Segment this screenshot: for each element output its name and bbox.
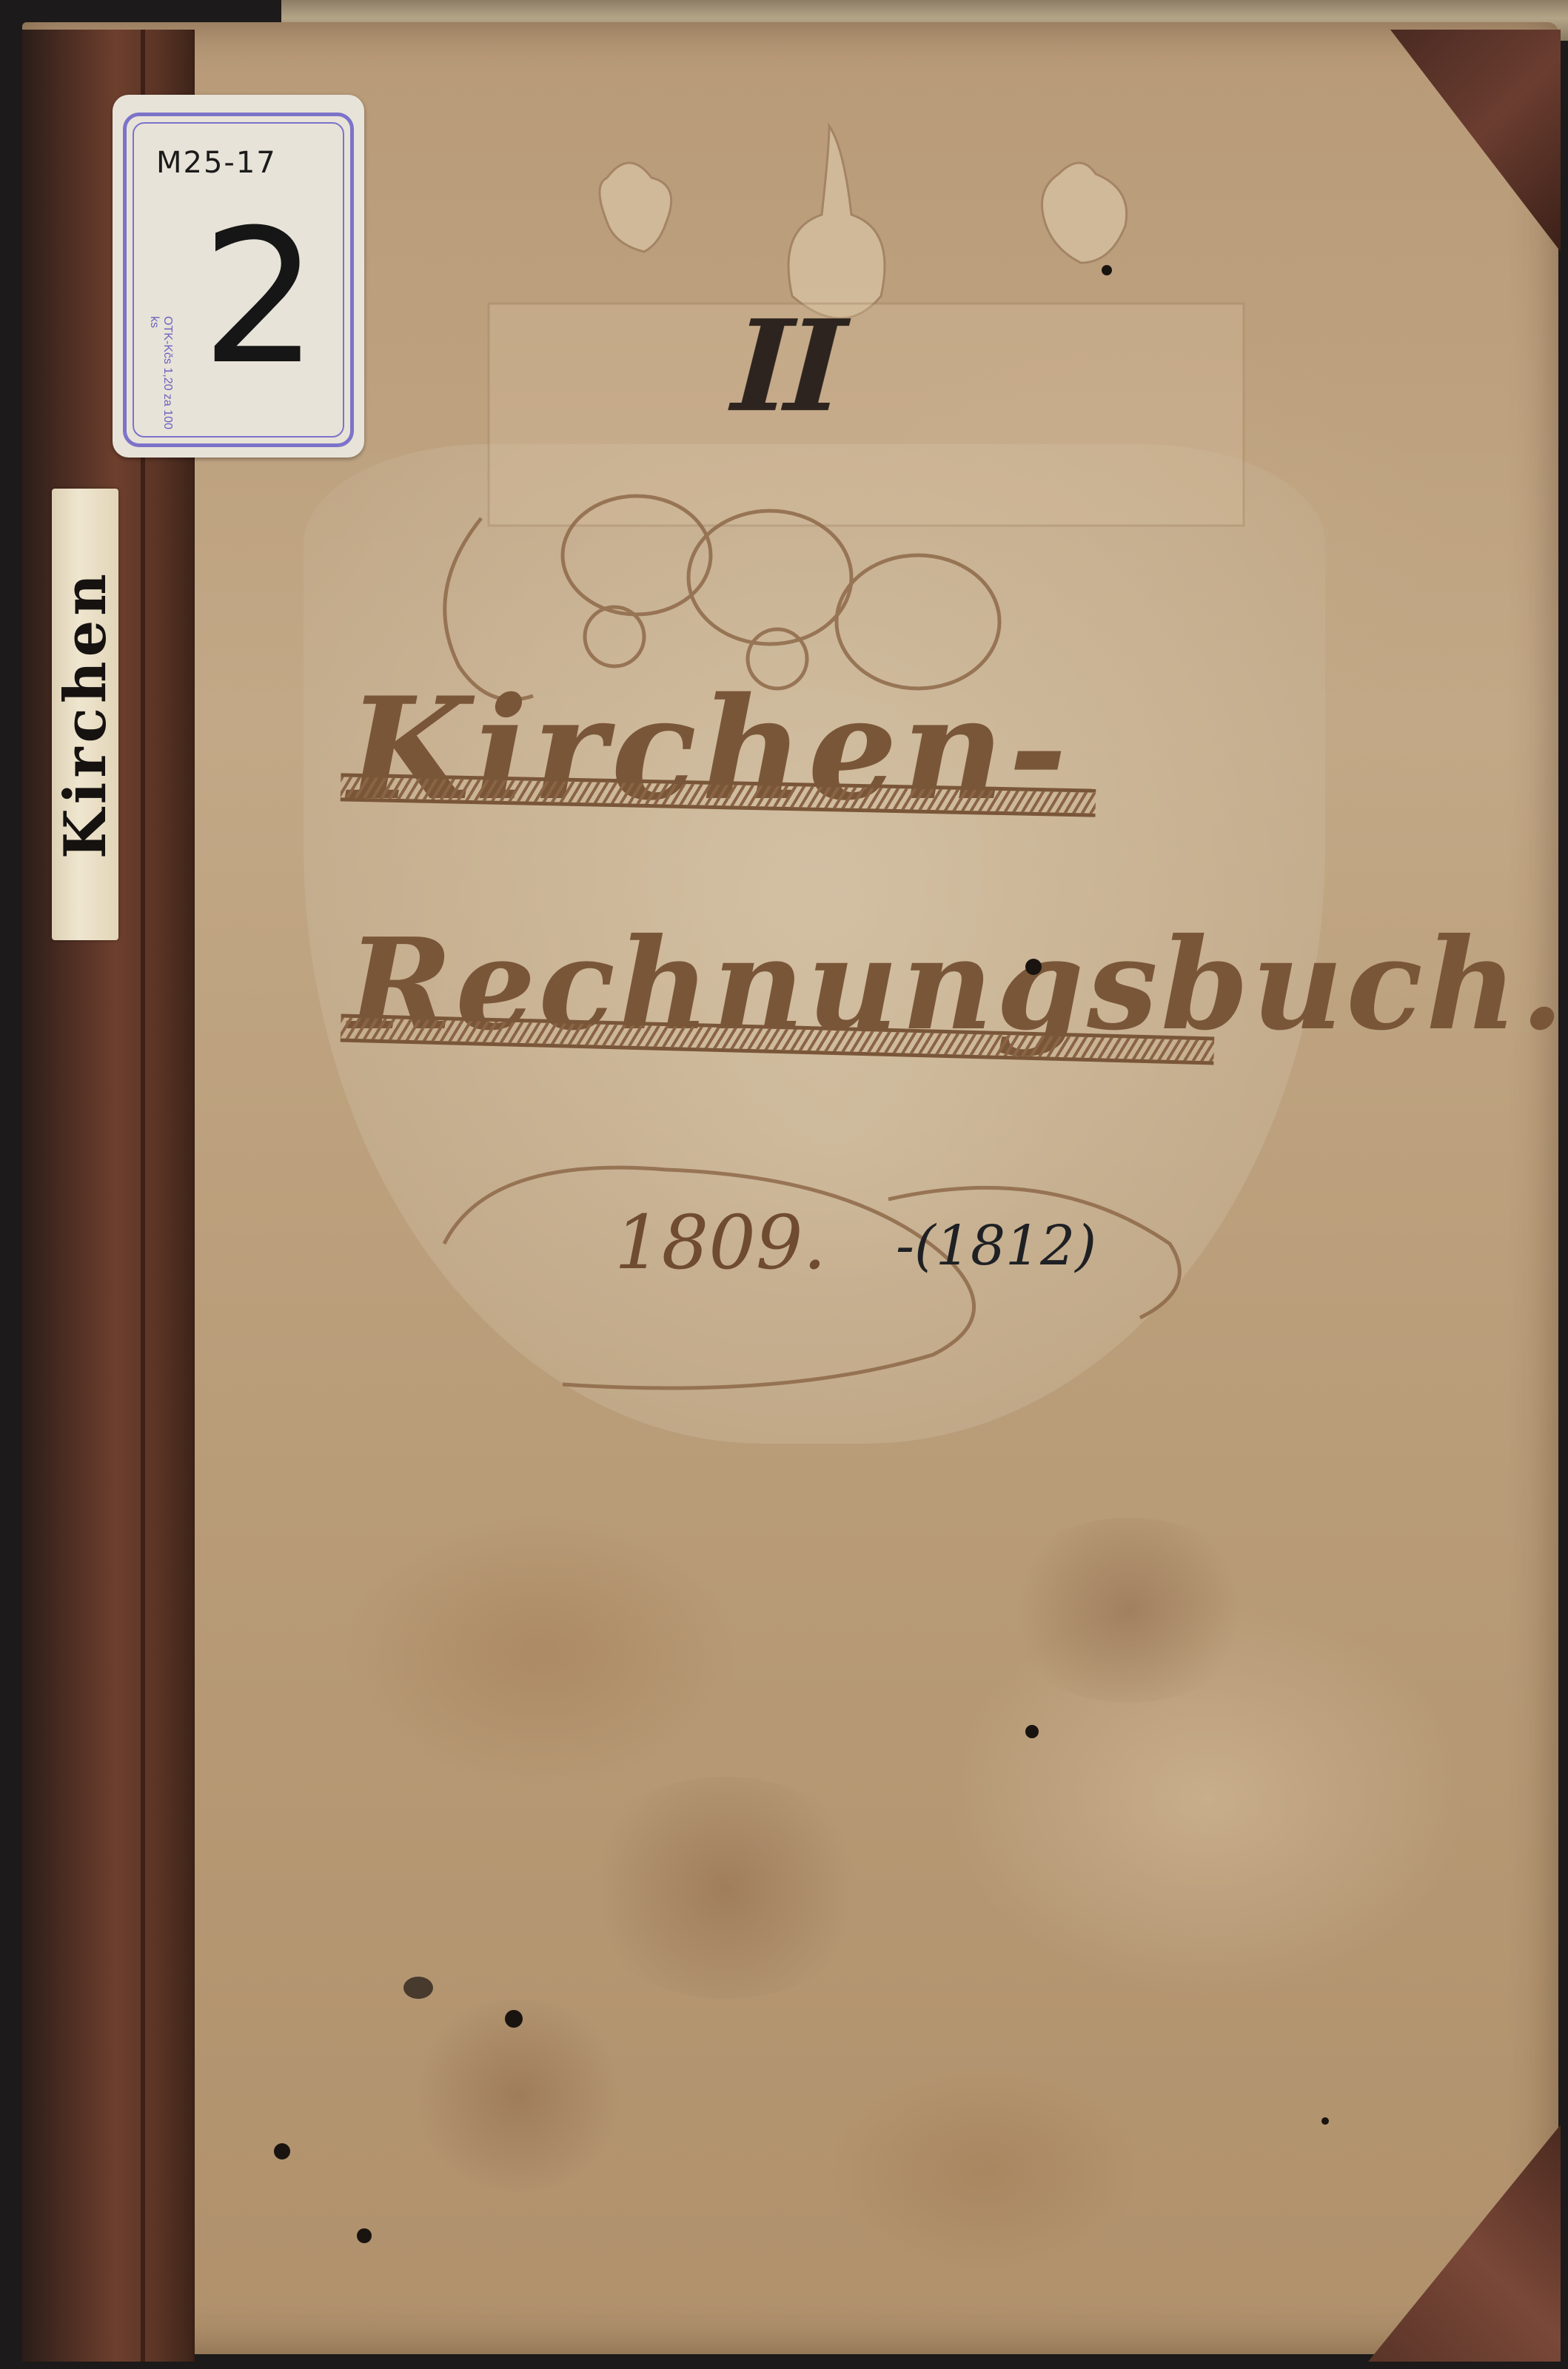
water-stain bbox=[577, 1777, 874, 1999]
date-range-note: -(1812) bbox=[896, 1214, 1096, 1278]
archive-printer-note: OTK-Kčs 1,20 za 100 ks bbox=[147, 316, 174, 443]
archive-tag: M25-17 2 OTK-Kčs 1,20 za 100 ks bbox=[113, 95, 364, 458]
spine-label-text: Kirchen bbox=[52, 569, 119, 859]
water-stain bbox=[999, 1518, 1259, 1703]
water-stain bbox=[407, 1999, 629, 2191]
archive-tag-frame: M25-17 2 OTK-Kčs 1,20 za 100 ks bbox=[123, 113, 354, 447]
crown-ornament bbox=[444, 118, 1296, 533]
archive-number: 2 bbox=[201, 205, 319, 390]
date-year: 1809. bbox=[614, 1199, 826, 1286]
spine-label: Kirchen bbox=[52, 489, 118, 940]
archive-signature: M25-17 bbox=[156, 146, 277, 180]
